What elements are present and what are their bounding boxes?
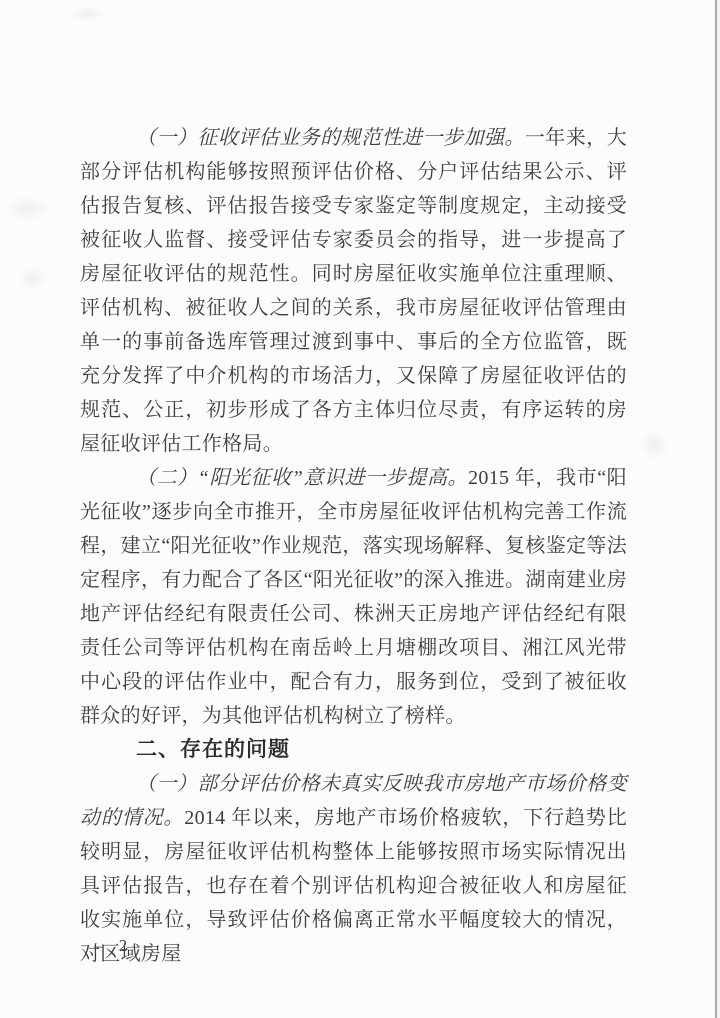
paragraph-body-3: 2014 年以来，房地产市场价格疲软，下行趋势比较明显，房屋征收评估机构整体上能… — [80, 807, 627, 965]
paragraph-regulation: （一）征收评估业务的规范性进一步加强。一年来，大部分评估机构能够按照预评估价格、… — [80, 121, 627, 461]
scan-smudge — [70, 6, 104, 22]
document-text-block: （一）征收评估业务的规范性进一步加强。一年来，大部分评估机构能够按照预评估价格、… — [80, 121, 627, 971]
scan-page-edge-line — [715, 0, 717, 1018]
paragraph-body-2: 2015 年，我市“阳光征收”逐步向全市推开，全市房屋征收评估机构完善工作流程，… — [80, 467, 627, 727]
subsection-title-1: （一）征收评估业务的规范性进一步加强。 — [136, 127, 525, 149]
section-heading-problems: 二、存在的问题 — [80, 733, 627, 767]
scan-smudge — [640, 430, 670, 460]
paragraph-body-1: 一年来，大部分评估机构能够按照预评估价格、分户评估结果公示、评估报告复核、评估报… — [80, 127, 627, 455]
paragraph-sunshine: （二）“阳光征收”意识进一步提高。2015 年，我市“阳光征收”逐步向全市推开，… — [80, 461, 627, 733]
subsection-title-2: （二）“阳光征收”意识进一步提高。 — [136, 467, 468, 489]
paragraph-price-issue: （一）部分评估价格未真实反映我市房地产市场价格变动的情况。2014 年以来，房地… — [80, 767, 627, 971]
page-number: – 2 – — [94, 936, 158, 956]
scan-smudge — [4, 196, 50, 222]
scan-smudge — [18, 266, 48, 290]
scanned-document-page: （一）征收评估业务的规范性进一步加强。一年来，大部分评估机构能够按照预评估价格、… — [0, 0, 720, 1018]
